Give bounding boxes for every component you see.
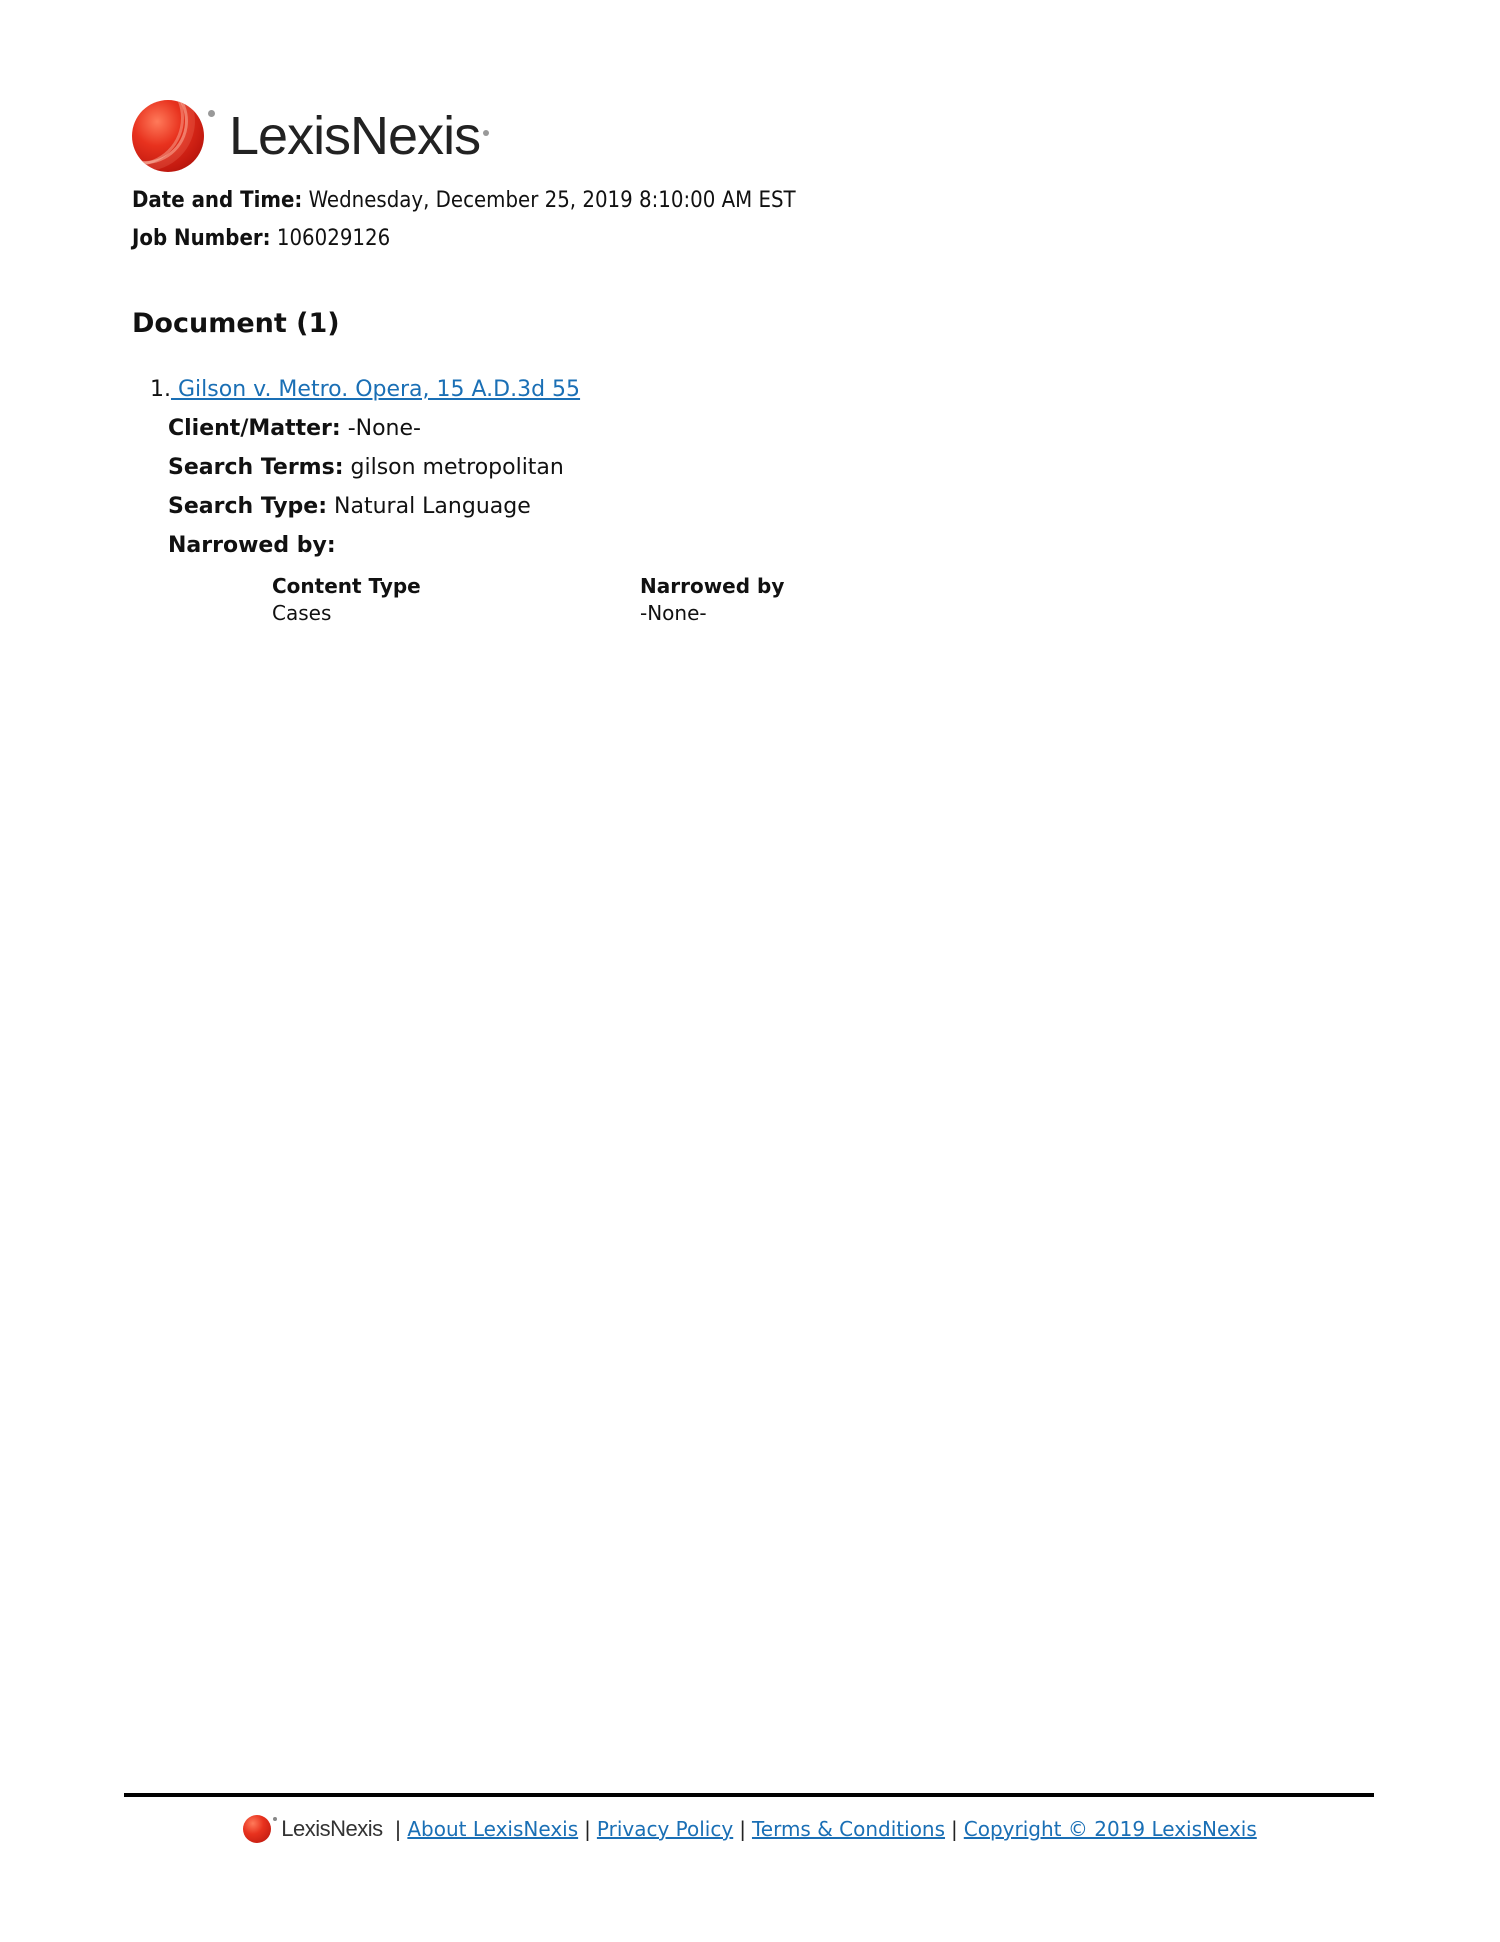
date-time-line: Date and Time: Wednesday, December 25, 2… xyxy=(132,188,796,213)
separator: | xyxy=(584,1817,591,1841)
separator: | xyxy=(395,1817,402,1841)
copyright-link[interactable]: Copyright © 2019 LexisNexis xyxy=(964,1817,1257,1841)
separator: | xyxy=(739,1817,746,1841)
client-matter-value: -None- xyxy=(348,416,421,441)
document-heading: Document (1) xyxy=(132,308,340,339)
job-number-label: Job Number: xyxy=(132,226,271,251)
date-time-value: Wednesday, December 25, 2019 8:10:00 AM … xyxy=(309,188,796,213)
item-number: 1. xyxy=(150,377,171,402)
table-header-content-type: Content Type xyxy=(272,574,421,598)
footer-divider xyxy=(124,1793,1374,1797)
narrowed-by-label: Narrowed by: xyxy=(168,533,336,558)
registered-mark-icon xyxy=(483,130,489,136)
footer-logo: LexisNexis xyxy=(243,1815,382,1843)
table-header-narrowed-by: Narrowed by xyxy=(640,574,784,598)
registered-mark-icon xyxy=(208,110,215,117)
logo-wordmark: LexisNexis xyxy=(229,105,480,167)
search-type-value: Natural Language xyxy=(334,494,531,519)
client-matter-label: Client/Matter: xyxy=(168,416,341,441)
job-number-value: 106029126 xyxy=(277,226,390,251)
footer: LexisNexis | About LexisNexis | Privacy … xyxy=(0,1815,1500,1843)
privacy-policy-link[interactable]: Privacy Policy xyxy=(597,1817,733,1841)
narrowed-by-line: Narrowed by: xyxy=(168,533,336,558)
document-link[interactable]: Gilson v. Metro. Opera, 15 A.D.3d 55 xyxy=(171,377,580,402)
search-type-line: Search Type: Natural Language xyxy=(168,494,531,519)
search-terms-label: Search Terms: xyxy=(168,455,344,480)
separator: | xyxy=(951,1817,958,1841)
search-type-label: Search Type: xyxy=(168,494,327,519)
footer-wordmark: LexisNexis xyxy=(281,1816,382,1842)
lexisnexis-globe-icon xyxy=(243,1815,271,1843)
date-time-label: Date and Time: xyxy=(132,188,302,213)
table-cell-narrowed-by: -None- xyxy=(640,601,707,625)
job-number-line: Job Number: 106029126 xyxy=(132,226,390,251)
document-title[interactable]: Gilson v. Metro. Opera, 15 A.D.3d 55 xyxy=(178,377,580,402)
about-link[interactable]: About LexisNexis xyxy=(407,1817,578,1841)
table-cell-content-type: Cases xyxy=(272,601,331,625)
search-terms-line: Search Terms: gilson metropolitan xyxy=(168,455,564,480)
client-matter-line: Client/Matter: -None- xyxy=(168,416,421,441)
registered-mark-icon xyxy=(273,1817,277,1821)
document-list-item: 1. Gilson v. Metro. Opera, 15 A.D.3d 55 xyxy=(150,377,580,402)
lexisnexis-globe-icon xyxy=(132,100,204,172)
terms-link[interactable]: Terms & Conditions xyxy=(752,1817,945,1841)
search-terms-value: gilson metropolitan xyxy=(351,455,564,480)
lexisnexis-logo: LexisNexis xyxy=(132,100,489,172)
